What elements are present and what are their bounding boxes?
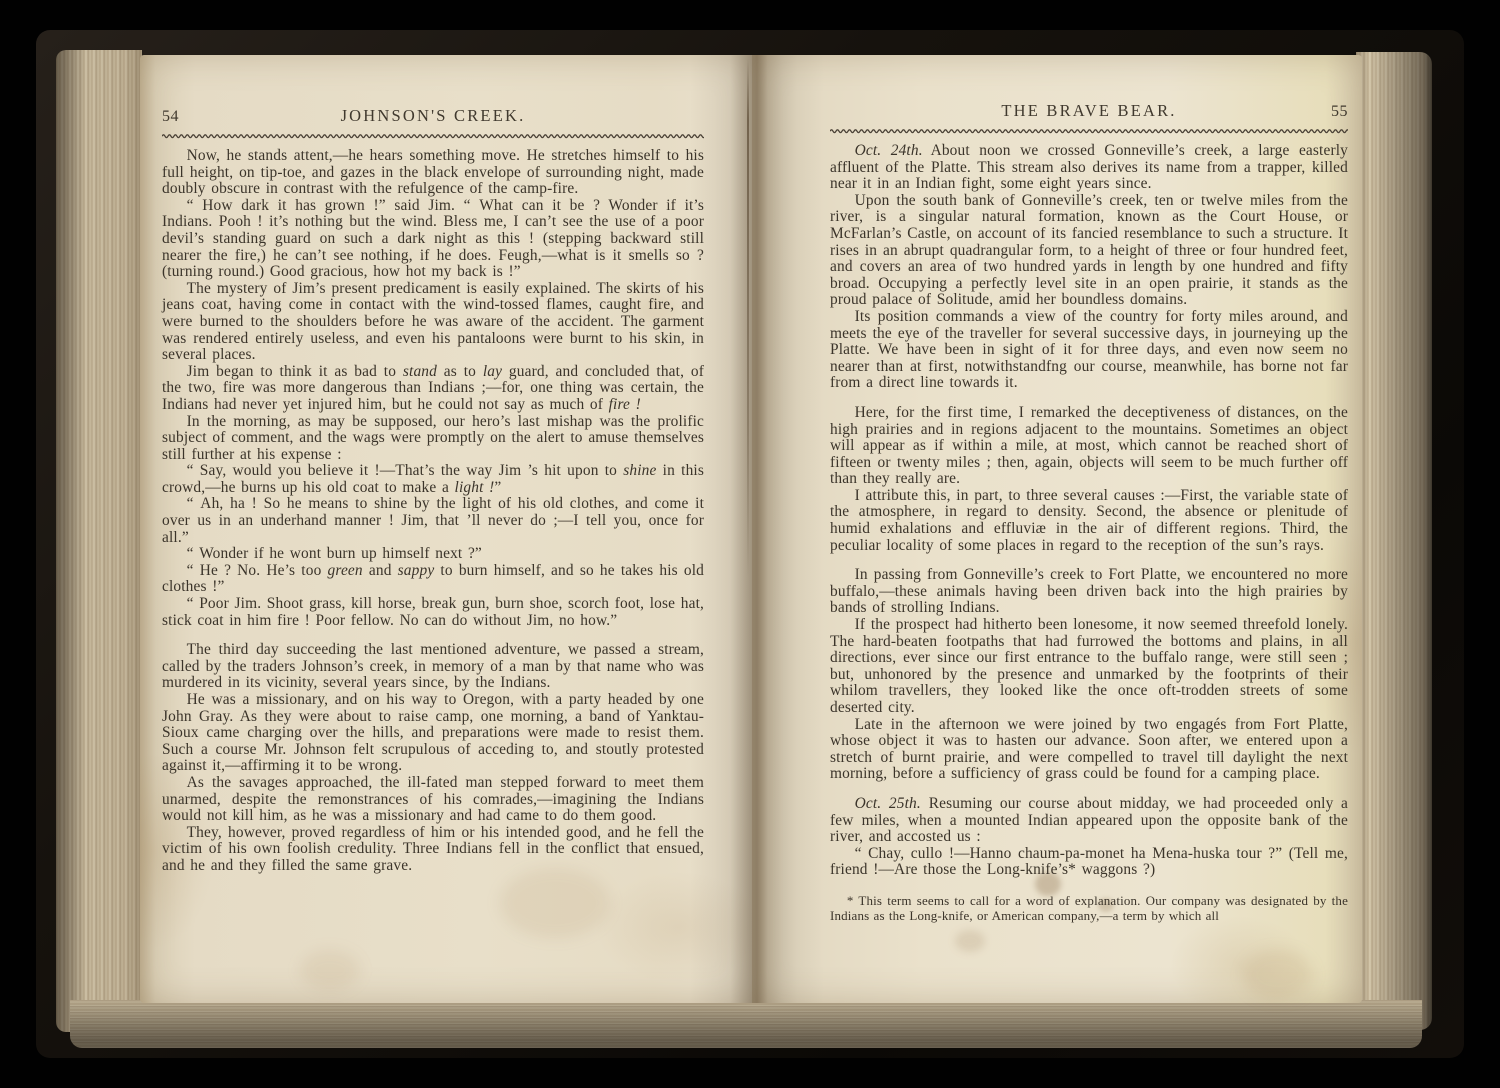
right-running-head: THE BRAVE BEAR. [900, 101, 1278, 121]
footnote-paragraph: * This term seems to call for a word of … [830, 894, 1348, 924]
paragraph: In the morning, as may be supposed, our … [162, 414, 704, 464]
right-page-number: 55 [1278, 103, 1348, 121]
paragraph: “ Wonder if he wont burn up himself next… [162, 546, 704, 563]
paragraph: I attribute this, in part, to three seve… [830, 488, 1348, 554]
header-rule-icon [830, 127, 1348, 135]
paragraph: Now, he stands attent,—he hears somethin… [162, 148, 704, 198]
book-photo: 54 JOHNSON'S CREEK. Now, he stands atten… [0, 0, 1500, 1088]
paragraph: The mystery of Jim’s present predicament… [162, 281, 704, 364]
paragraph: Oct. 25th. Resuming our course about mid… [830, 796, 1348, 846]
paragraph: Upon the south bank of Gonneville’s cree… [830, 193, 1348, 309]
paragraph: “ Ah, ha ! So he means to shine by the l… [162, 496, 704, 546]
paragraph: “ Say, would you believe it !—That’s the… [162, 463, 704, 496]
left-page-header: 54 JOHNSON'S CREEK. [162, 106, 704, 126]
paragraph: He was a missionary, and on his way to O… [162, 692, 704, 775]
paragraph: “ Poor Jim. Shoot grass, kill horse, bre… [162, 596, 704, 629]
page-edges-left [56, 50, 142, 1032]
header-rule-icon [162, 132, 704, 140]
right-page-body: Oct. 24th. About noon we crossed Gonnevi… [830, 143, 1348, 924]
left-page-number: 54 [162, 108, 232, 126]
paragraph: Oct. 24th. About noon we crossed Gonnevi… [830, 143, 1348, 193]
paragraph: The third day succeeding the last mentio… [162, 642, 704, 692]
paragraph: Its position commands a view of the coun… [830, 309, 1348, 392]
paragraph: “ He ? No. He’s too green and sappy to b… [162, 563, 704, 596]
page-edges-right [1356, 52, 1432, 1030]
left-page-body: Now, he stands attent,—he hears somethin… [162, 148, 704, 875]
paragraph: Late in the afternoon we were joined by … [830, 717, 1348, 783]
right-page-text: THE BRAVE BEAR. 55 Oct. 24th. About noon… [830, 101, 1348, 924]
paragraph: “ Chay, cullo !—Hanno chaum-pa-monet ha … [830, 846, 1348, 879]
paragraph: “ How dark it has grown !” said Jim. “ W… [162, 198, 704, 281]
paragraph: They, however, proved regardless of him … [162, 825, 704, 875]
paragraph: As the savages approached, the ill-fated… [162, 775, 704, 825]
left-page-text: 54 JOHNSON'S CREEK. Now, he stands atten… [162, 106, 704, 875]
paragraph: Jim began to think it as bad to stand as… [162, 364, 704, 414]
left-running-head: JOHNSON'S CREEK. [232, 106, 634, 126]
right-page-header: THE BRAVE BEAR. 55 [830, 101, 1348, 121]
paragraph: Here, for the first time, I remarked the… [830, 405, 1348, 488]
page-edges-bottom [70, 1000, 1422, 1048]
paragraph: If the prospect had hitherto been loneso… [830, 617, 1348, 717]
paragraph: In passing from Gonneville’s creek to Fo… [830, 567, 1348, 617]
